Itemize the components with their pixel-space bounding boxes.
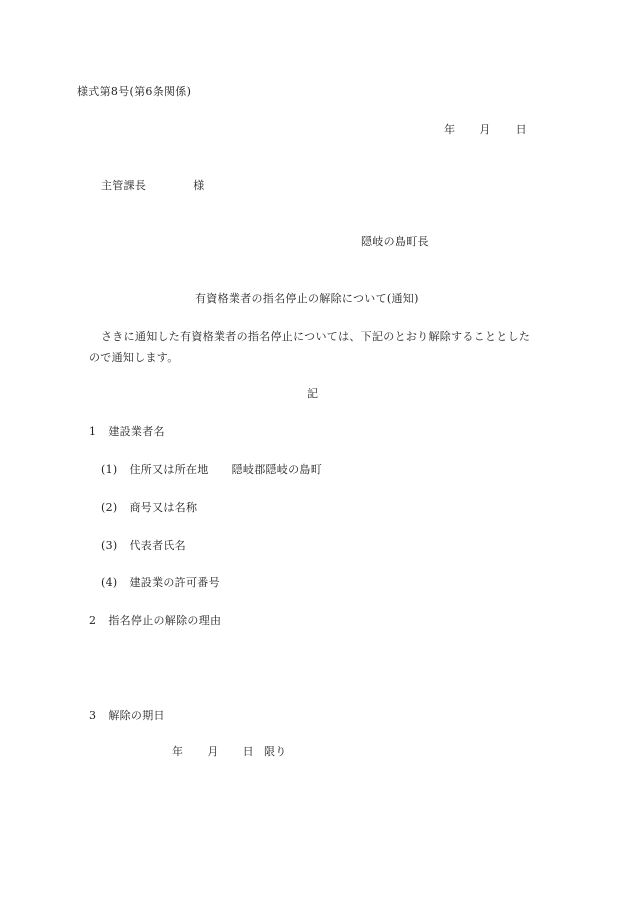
item-value: 隠岐郡隠岐の島町 xyxy=(232,463,322,476)
item-label: 住所又は所在地 xyxy=(129,463,208,476)
addressee: 主管課長様 xyxy=(101,180,205,191)
section-label: 指名停止の解除の理由 xyxy=(108,614,221,627)
date-day: 日 xyxy=(516,123,527,136)
item-number: (3) xyxy=(101,539,117,552)
date-line: 年月日 xyxy=(444,124,527,135)
section-number: 2 xyxy=(89,614,96,627)
document-title: 有資格業者の指名停止の解除について(通知) xyxy=(195,293,419,304)
section-1-heading: 1建設業者名 xyxy=(89,426,165,437)
date-month: 月 xyxy=(479,123,490,136)
item-number: (4) xyxy=(101,576,117,589)
body-line-2: ので通知します。 xyxy=(89,352,179,363)
item-label: 代表者氏名 xyxy=(129,539,186,552)
section-1-item-2: (2)商号又は名称 xyxy=(101,502,197,513)
section-number: 1 xyxy=(89,425,96,438)
release-month: 月 xyxy=(207,745,218,758)
item-label: 建設業の許可番号 xyxy=(129,576,219,589)
section-label: 解除の期日 xyxy=(108,709,165,722)
item-number: (2) xyxy=(101,501,117,514)
body-line-1: さきに通知した有資格業者の指名停止については、下記のとおり解除することとした xyxy=(101,331,530,342)
section-1-item-1: (1)住所又は所在地隠岐郡隠岐の島町 xyxy=(101,464,322,475)
item-label: 商号又は名称 xyxy=(129,501,197,514)
addressee-honorific: 様 xyxy=(193,179,204,192)
section-2-heading: 2指名停止の解除の理由 xyxy=(89,615,221,626)
section-number: 3 xyxy=(89,709,96,722)
section-1-item-3: (3)代表者氏名 xyxy=(101,540,186,551)
release-date: 年月日限り xyxy=(172,746,287,757)
ki-heading: 記 xyxy=(307,388,318,399)
release-suffix: 限り xyxy=(264,745,287,758)
date-year: 年 xyxy=(444,123,455,136)
section-1-item-4: (4)建設業の許可番号 xyxy=(101,577,220,588)
item-number: (1) xyxy=(101,463,117,476)
release-day: 日 xyxy=(243,745,254,758)
addressee-title: 主管課長 xyxy=(101,179,146,192)
form-number: 様式第8号(第6条関係) xyxy=(77,86,191,97)
section-3-heading: 3解除の期日 xyxy=(89,710,165,721)
sender: 隠岐の島町長 xyxy=(361,236,429,247)
section-label: 建設業者名 xyxy=(108,425,165,438)
release-year: 年 xyxy=(172,745,183,758)
